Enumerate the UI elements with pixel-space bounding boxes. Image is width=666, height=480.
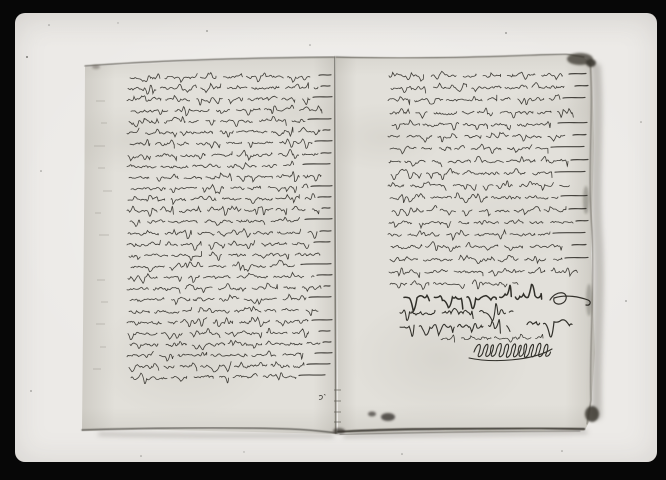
line-filler-dash xyxy=(313,97,332,98)
ink-smudge xyxy=(381,413,395,421)
handwriting-line xyxy=(130,73,310,83)
handwriting-line xyxy=(129,251,320,260)
handwriting-line xyxy=(127,283,321,293)
ink-smudge xyxy=(586,59,596,67)
right-page-handwriting xyxy=(388,71,588,289)
handwriting-line xyxy=(390,108,573,118)
handwriting-line xyxy=(128,328,309,339)
dust-speck xyxy=(505,32,507,34)
signature-principal xyxy=(404,284,542,311)
line-filler-dash xyxy=(323,130,330,131)
dust-speck xyxy=(117,22,118,23)
line-filler-dash xyxy=(299,375,325,376)
line-filler-dash xyxy=(319,331,330,332)
right-page-top-edge xyxy=(336,54,584,58)
line-filler-dash xyxy=(553,232,585,233)
handwriting-line xyxy=(390,193,558,203)
line-filler-dash xyxy=(322,208,330,209)
signature-note xyxy=(441,334,543,342)
handwriting-line xyxy=(127,206,319,216)
handwriting-line xyxy=(391,169,552,180)
line-filler-dash xyxy=(321,86,330,87)
handwriting-line xyxy=(131,105,322,116)
ink-smudge xyxy=(333,428,345,434)
handwriting-line xyxy=(127,161,294,169)
handwriting-line xyxy=(131,260,294,272)
line-filler-dash xyxy=(569,209,586,210)
folio-mark xyxy=(319,394,326,399)
right-bottom-shadow xyxy=(345,432,586,436)
ink-smudge xyxy=(368,412,376,417)
page-edge-shadows xyxy=(100,68,599,436)
dust-speck xyxy=(48,24,50,26)
handwriting-line xyxy=(129,116,305,126)
line-filler-dash xyxy=(572,245,586,246)
handwriting-line xyxy=(390,255,562,263)
line-filler-dash xyxy=(312,320,332,321)
line-filler-dash xyxy=(309,297,331,298)
handwriting-line xyxy=(390,280,518,289)
line-filler-dash xyxy=(323,342,331,343)
dust-speck xyxy=(309,44,311,46)
line-filler-dash xyxy=(307,364,330,365)
dust-speck xyxy=(206,30,208,32)
dust-speck xyxy=(140,455,142,457)
handwriting-line xyxy=(130,139,312,148)
center-fold xyxy=(335,57,337,433)
torn-edge-shadow xyxy=(596,68,599,415)
line-filler-dash xyxy=(563,97,585,98)
handwriting-line xyxy=(391,242,562,252)
line-filler-dash xyxy=(561,195,587,196)
handwriting-line xyxy=(128,229,317,239)
handwriting-line xyxy=(127,317,308,326)
handwriting-line xyxy=(390,144,548,154)
signature-block xyxy=(400,284,590,360)
dust-speck xyxy=(26,56,28,58)
line-filler-dash xyxy=(314,242,330,243)
line-filler-dash xyxy=(308,119,331,120)
left-bottom-shadow xyxy=(100,434,332,436)
handwriting-line xyxy=(389,267,577,277)
line-filler-dash xyxy=(311,186,332,187)
handwriting-layer xyxy=(0,0,666,480)
handwriting-line xyxy=(127,351,303,361)
line-filler-dash xyxy=(555,171,585,172)
handwriting-line xyxy=(127,96,310,106)
signature-right xyxy=(527,320,572,337)
line-filler-dash xyxy=(573,135,586,136)
handwriting-line xyxy=(128,150,318,161)
handwriting-line xyxy=(392,120,550,130)
handwriting-line xyxy=(127,127,320,137)
margin-and-fold-marks xyxy=(93,101,341,422)
dust-speck xyxy=(40,170,42,172)
dust-speck xyxy=(625,300,627,302)
handwriting-line xyxy=(130,340,320,349)
line-filler-dash xyxy=(317,275,332,276)
handwriting-line xyxy=(131,373,296,384)
line-filler-dash xyxy=(315,141,332,142)
dust-speck xyxy=(243,451,244,452)
line-filler-dash xyxy=(315,353,332,354)
line-filler-dash xyxy=(319,75,331,76)
handwriting-line xyxy=(129,172,321,182)
handwriting-line xyxy=(389,156,568,166)
handwriting-line xyxy=(128,83,318,94)
handwriting-line xyxy=(389,71,562,81)
left-page-handwriting xyxy=(127,73,332,384)
handwriting-line xyxy=(391,83,564,93)
handwriting-line xyxy=(392,206,566,216)
handwriting-line xyxy=(130,294,306,304)
handwriting-line xyxy=(388,95,560,105)
line-filler-dash xyxy=(318,197,331,198)
handwriting-line xyxy=(130,217,300,226)
handwriting-line xyxy=(131,184,308,194)
ink-smudge xyxy=(92,65,100,69)
dust-speck xyxy=(640,121,642,123)
line-filler-dash xyxy=(301,264,331,265)
line-filler-dash xyxy=(569,74,586,75)
line-filler-dash xyxy=(571,160,588,161)
line-filler-dash xyxy=(576,221,588,222)
signature-flourish xyxy=(550,293,590,305)
line-filler-dash xyxy=(565,257,588,258)
handwriting-line xyxy=(388,230,550,240)
ink-smudge xyxy=(585,406,599,422)
ink-smudge xyxy=(583,186,589,214)
handwriting-line xyxy=(388,181,569,191)
signature-second xyxy=(400,304,513,321)
line-filler-dash xyxy=(305,219,332,220)
dust-speck xyxy=(561,450,563,452)
handwriting-line xyxy=(129,307,318,316)
handwriting-line xyxy=(127,240,309,250)
line-filler-dash xyxy=(575,86,588,87)
left-page-top-edge xyxy=(85,57,334,66)
line-filler-dash xyxy=(321,153,331,154)
signature-third xyxy=(400,320,510,337)
handwriting-line xyxy=(388,133,565,143)
handwriting-line xyxy=(129,362,304,372)
line-filler-dash xyxy=(303,164,330,165)
line-filler-dash xyxy=(320,231,331,232)
handwriting-line xyxy=(389,220,573,228)
dust-speck xyxy=(401,453,403,455)
left-page-bottom-edge xyxy=(82,428,337,433)
handwriting-line xyxy=(128,194,315,205)
line-filler-dash xyxy=(551,146,584,147)
handwriting-line xyxy=(128,273,314,284)
document-scan-photo xyxy=(0,0,666,480)
paraph xyxy=(469,343,552,360)
dust-speck xyxy=(30,390,32,392)
line-filler-dash xyxy=(558,122,587,123)
